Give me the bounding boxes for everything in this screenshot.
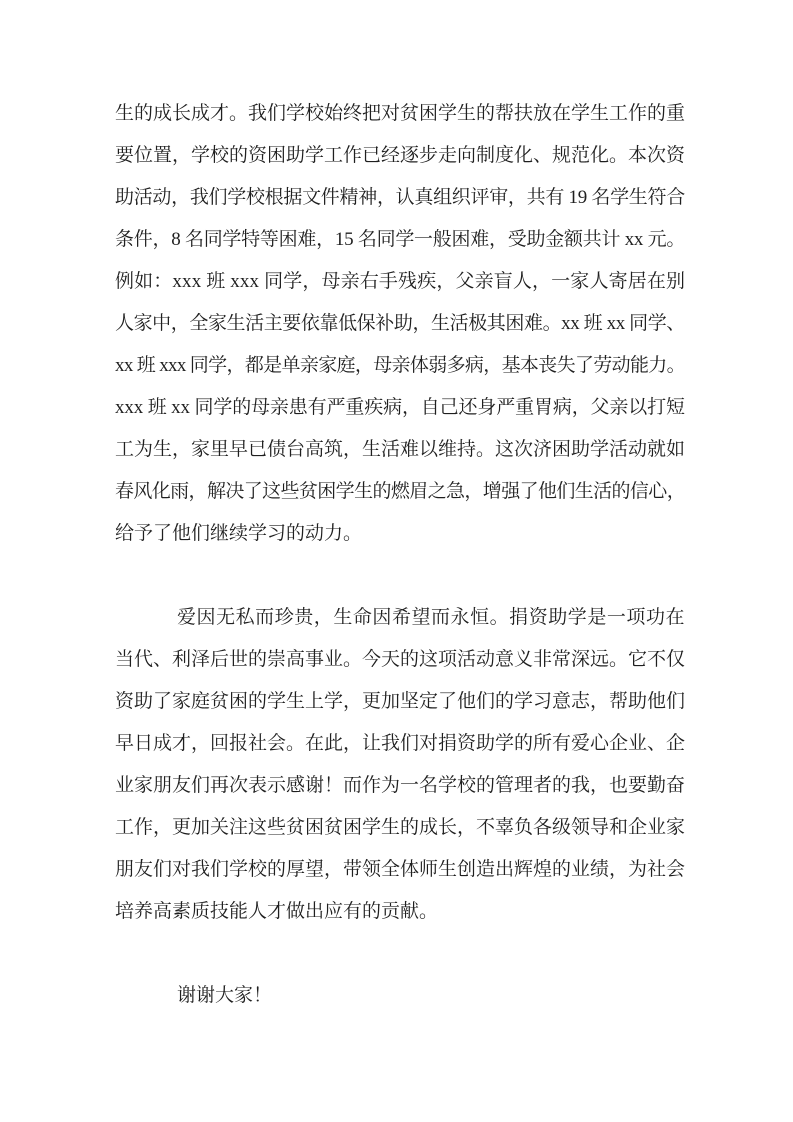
text-line-content: xxx 班 xx 同学的母亲患有严重疾病，自己还身严重胃病，父亲以打短 — [115, 397, 685, 418]
text-line: 业家朋友们再次表示感谢！而作为一名学校的管理者的我，也要勤奋 — [115, 765, 685, 807]
text-line-content: 工为生，家里早已债台高筑，生活难以维持。这次济困助学活动就如 — [115, 439, 685, 460]
paragraph: 谢谢大家！ — [115, 975, 685, 1017]
text-line-content: 给予了他们继续学习的动力。 — [115, 523, 362, 544]
text-line-content: 条件，8 名同学特等困难，15 名同学一般困难，受助金额共计 xx 元。 — [115, 229, 685, 250]
text-line: 工为生，家里早已债台高筑，生活难以维持。这次济困助学活动就如 — [115, 429, 685, 471]
text-line-content: 例如：xxx 班 xxx 同学，母亲右手残疾，父亲盲人，一家人寄居在别 — [115, 271, 685, 292]
text-line: 人家中，全家生活主要依靠低保补助，生活极其困难。xx 班 xx 同学、 — [115, 303, 685, 345]
text-line-content: 当代、利泽后世的崇高事业。今天的这项活动意义非常深远。它不仅 — [115, 649, 685, 670]
text-line-content: 生的成长成才。我们学校始终把对贫困学生的帮扶放在学生工作的重 — [115, 103, 685, 124]
text-line-content: 业家朋友们再次表示感谢！而作为一名学校的管理者的我，也要勤奋 — [115, 775, 685, 796]
text-line: 朋友们对我们学校的厚望，带领全体师生创造出辉煌的业绩，为社会 — [115, 849, 685, 891]
text-line-content: 春风化雨，解决了这些贫困学生的燃眉之急，增强了他们生活的信心， — [115, 481, 685, 502]
text-line: 当代、利泽后世的崇高事业。今天的这项活动意义非常深远。它不仅 — [115, 639, 685, 681]
text-line: 春风化雨，解决了这些贫困学生的燃眉之急，增强了他们生活的信心， — [115, 471, 685, 513]
text-line: 爱因无私而珍贵，生命因希望而永恒。捐资助学是一项功在 — [115, 597, 685, 639]
text-line-content: 培养高素质技能人才做出应有的贡献。 — [115, 901, 438, 922]
text-line: 条件，8 名同学特等困难，15 名同学一般困难，受助金额共计 xx 元。 — [115, 219, 685, 261]
text-line: 给予了他们继续学习的动力。 — [115, 513, 685, 555]
text-line: 早日成才，回报社会。在此，让我们对捐资助学的所有爱心企业、企 — [115, 723, 685, 765]
paragraph: 爱因无私而珍贵，生命因希望而永恒。捐资助学是一项功在当代、利泽后世的崇高事业。今… — [115, 597, 685, 933]
text-line-content: 助活动，我们学校根据文件精神，认真组织评审，共有 19 名学生符合 — [115, 187, 685, 208]
text-line: 培养高素质技能人才做出应有的贡献。 — [115, 891, 685, 933]
text-line-content: 要位置，学校的资困助学工作已经逐步走向制度化、规范化。本次资 — [115, 145, 685, 166]
text-line: 要位置，学校的资困助学工作已经逐步走向制度化、规范化。本次资 — [115, 135, 685, 177]
text-line-content: 资助了家庭贫困的学生上学，更加坚定了他们的学习意志，帮助他们 — [115, 691, 685, 712]
document-page: 生的成长成才。我们学校始终把对贫困学生的帮扶放在学生工作的重要位置，学校的资困助… — [0, 0, 793, 1122]
text-line: xxx 班 xx 同学的母亲患有严重疾病，自己还身严重胃病，父亲以打短 — [115, 387, 685, 429]
text-line-content: 爱因无私而珍贵，生命因希望而永恒。捐资助学是一项功在 — [177, 607, 685, 628]
paragraph: 生的成长成才。我们学校始终把对贫困学生的帮扶放在学生工作的重要位置，学校的资困助… — [115, 93, 685, 555]
text-line-content: 谢谢大家！ — [177, 985, 272, 1006]
document-body: 生的成长成才。我们学校始终把对贫困学生的帮扶放在学生工作的重要位置，学校的资困助… — [115, 93, 685, 1017]
text-line: xx 班 xxx 同学，都是单亲家庭，母亲体弱多病，基本丧失了劳动能力。 — [115, 345, 685, 387]
text-line-content: 工作，更加关注这些贫困贫困学生的成长，不辜负各级领导和企业家 — [115, 817, 685, 838]
text-line-content: xx 班 xxx 同学，都是单亲家庭，母亲体弱多病，基本丧失了劳动能力。 — [115, 355, 685, 376]
text-line: 助活动，我们学校根据文件精神，认真组织评审，共有 19 名学生符合 — [115, 177, 685, 219]
text-line: 资助了家庭贫困的学生上学，更加坚定了他们的学习意志，帮助他们 — [115, 681, 685, 723]
text-line-content: 人家中，全家生活主要依靠低保补助，生活极其困难。xx 班 xx 同学、 — [115, 313, 685, 334]
text-line-content: 早日成才，回报社会。在此，让我们对捐资助学的所有爱心企业、企 — [115, 733, 685, 754]
text-line: 例如：xxx 班 xxx 同学，母亲右手残疾，父亲盲人，一家人寄居在别 — [115, 261, 685, 303]
text-line: 工作，更加关注这些贫困贫困学生的成长，不辜负各级领导和企业家 — [115, 807, 685, 849]
text-line: 生的成长成才。我们学校始终把对贫困学生的帮扶放在学生工作的重 — [115, 93, 685, 135]
text-line-content: 朋友们对我们学校的厚望，带领全体师生创造出辉煌的业绩，为社会 — [115, 859, 685, 880]
text-line: 谢谢大家！ — [115, 975, 685, 1017]
